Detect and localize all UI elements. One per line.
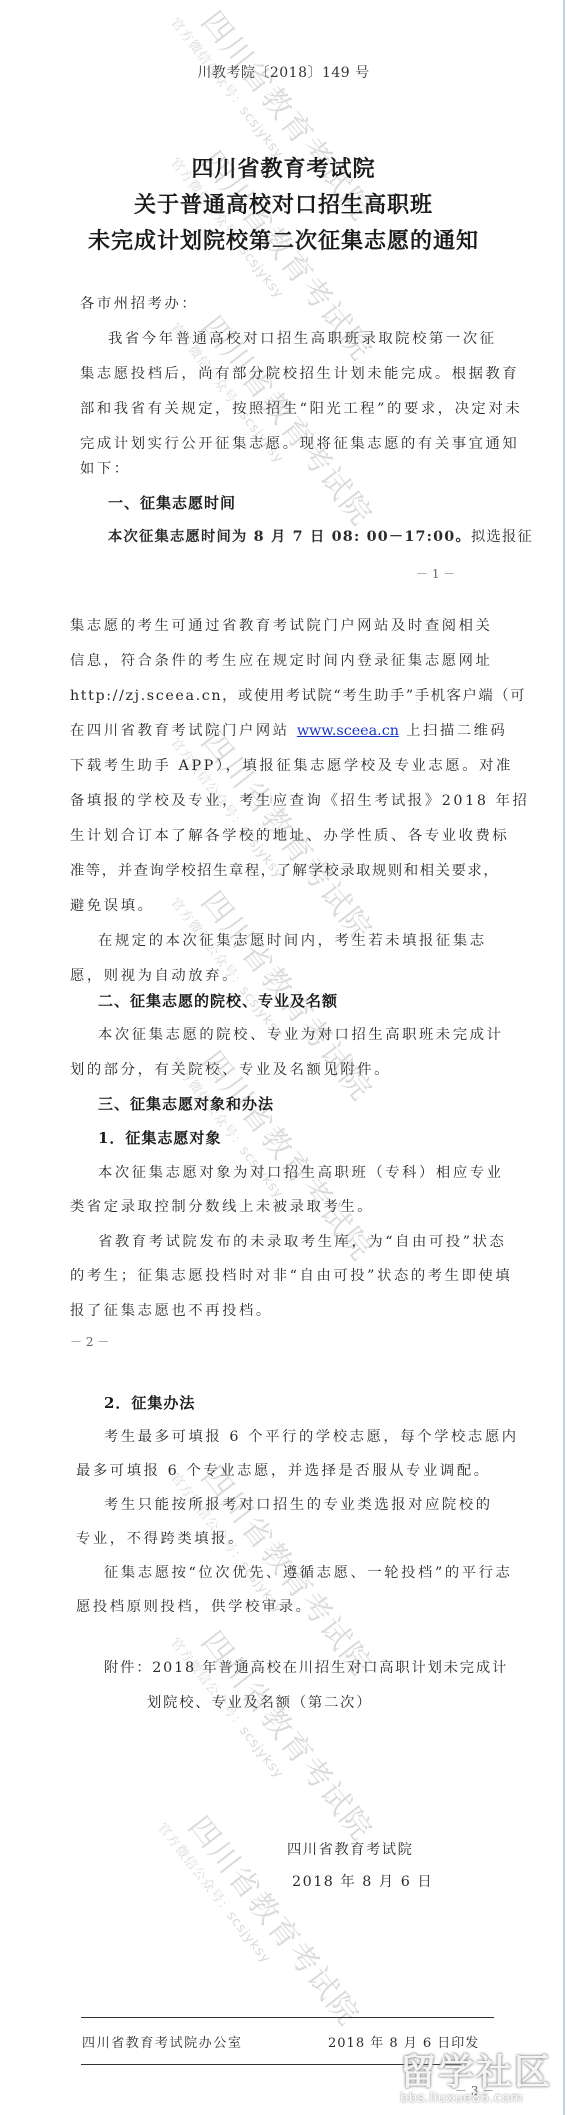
page-edge-border bbox=[563, 0, 565, 2115]
portal-suffix: 上扫描二维码 bbox=[399, 723, 508, 739]
title-line-1: 四川省教育考试院 bbox=[0, 152, 567, 183]
body-line: 报了征集志愿也不再投档。 bbox=[70, 1300, 273, 1320]
attachment-line: 划院校、专业及名额（第二次） bbox=[147, 1692, 372, 1712]
collection-time: 本次征集志愿时间为 8 月 7 日 08: 00－17:00。拟选报征 bbox=[108, 526, 533, 546]
site-logo-url: bbs.liuxue86.com bbox=[400, 2091, 560, 2106]
body-line: 本次征集志愿的院校、专业为对口招生高职班未完成计 bbox=[98, 1024, 504, 1044]
body-line: 专业，不得跨类填报。 bbox=[76, 1528, 245, 1548]
subsection-1-heading: 1．征集志愿对象 bbox=[98, 1127, 221, 1148]
body-line: 愿投档原则投档，供学校审录。 bbox=[76, 1596, 313, 1616]
body-line: 生计划合订本了解各学校的地址、办学性质、各专业收费标 bbox=[70, 825, 509, 845]
intro-line: 部和我省有关规定，按照招生“阳光工程”的要求，决定对未 bbox=[80, 398, 522, 418]
body-line: 划的部分，有关院校、专业及名额见附件。 bbox=[70, 1059, 391, 1079]
signature-org: 四川省教育考试院 bbox=[287, 1839, 413, 1859]
portal-link[interactable]: www.sceea.cn bbox=[297, 723, 399, 739]
title-line-2: 关于普通高校对口招生高职班 bbox=[0, 188, 567, 219]
portal-line: 在四川省教育考试院门户网站 www.sceea.cn 上扫描二维码 bbox=[70, 720, 507, 740]
section-3-heading: 三、征集志愿对象和办法 bbox=[98, 1093, 274, 1114]
intro-line: 我省今年普通高校对口招生高职班录取院校第一次征 bbox=[108, 328, 497, 348]
intro-line: 如下： bbox=[80, 458, 131, 478]
body-line: 征集志愿按“位次优先、遵循志愿、一轮投档”的平行志 bbox=[104, 1562, 512, 1582]
body-line: 本次征集志愿对象为对口招生高职班（专科）相应专业 bbox=[98, 1162, 504, 1182]
signature-date: 2018 年 8 月 6 日 bbox=[292, 1871, 433, 1891]
footer-rule-top bbox=[81, 2017, 494, 2018]
body-line: 在规定的本次征集志愿时间内，考生若未填报征集志 bbox=[98, 930, 487, 950]
collection-time-rest: 拟选报征 bbox=[471, 529, 533, 545]
document-number: 川教考院〔2018〕149 号 bbox=[0, 62, 567, 82]
body-line: 类省定录取控制分数线上未被录取考生。 bbox=[70, 1196, 374, 1216]
body-line: 的考生；征集志愿投档时对非“自由可投”状态的考生即使填 bbox=[70, 1265, 512, 1285]
title-line-3: 未完成计划院校第二次征集志愿的通知 bbox=[0, 224, 567, 255]
attachment-line: 附件：2018 年普通高校在川招生对口高职计划未完成计 bbox=[104, 1657, 508, 1677]
body-line: 考生只能按所报考对口招生的专业类选报对应院校的 bbox=[104, 1494, 493, 1514]
body-line: 最多可填报 6 个专业志愿，并选择是否服从专业调配。 bbox=[76, 1460, 491, 1480]
body-line: 愿，则视为自动放弃。 bbox=[70, 965, 239, 985]
body-line: 考生最多可填报 6 个平行的学校志愿，每个学校志愿内 bbox=[104, 1426, 519, 1446]
section-2-heading: 二、征集志愿的院校、专业及名额 bbox=[98, 990, 338, 1011]
body-line: 集志愿的考生可通过省教育考试院门户网站及时查阅相关 bbox=[70, 615, 492, 635]
footer-issued: 2018 年 8 月 6 日印发 bbox=[328, 2032, 479, 2051]
body-line: 备填报的学校及专业，考生应查询《招生考试报》2018 年招 bbox=[70, 790, 529, 810]
portal-prefix: 在四川省教育考试院门户网站 bbox=[70, 723, 297, 739]
body-line: 省教育考试院发布的未录取考生库，为“自由可投”状态 bbox=[98, 1231, 506, 1251]
collection-time-bold: 本次征集志愿时间为 8 月 7 日 08: 00－17:00。 bbox=[108, 529, 471, 545]
intro-line: 集志愿投档后，尚有部分院校招生计划未能完成。根据教育 bbox=[80, 363, 519, 383]
body-line: 下载考生助手 APP），填报征集志愿学校及专业志愿。对准 bbox=[70, 755, 513, 775]
salutation: 各市州招考办： bbox=[80, 293, 198, 313]
site-logo: 留学社区 bbs.liuxue86.com bbox=[400, 2055, 560, 2110]
site-logo-name: 留学社区 bbox=[400, 2055, 560, 2091]
page-number-1: － 1 － bbox=[416, 565, 455, 582]
page-number-2: － 2 － bbox=[70, 1333, 109, 1350]
section-1-heading: 一、征集志愿时间 bbox=[108, 492, 236, 513]
intro-line: 完成计划实行公开征集志愿。现将征集志愿的有关事宜通知 bbox=[80, 433, 519, 453]
body-line: http://zj.sceea.cn，或使用考试院“考生助手”手机客户端（可 bbox=[70, 685, 526, 705]
footer-office: 四川省教育考试院办公室 bbox=[82, 2032, 243, 2051]
subsection-2-heading: 2．征集办法 bbox=[104, 1392, 195, 1413]
body-line: 信息，符合条件的考生应在规定时间内登录征集志愿网址 bbox=[70, 650, 492, 670]
body-line: 避免误填。 bbox=[70, 895, 154, 915]
body-line: 准等，并查询学校招生章程，了解学校录取规则和相关要求， bbox=[70, 860, 499, 880]
